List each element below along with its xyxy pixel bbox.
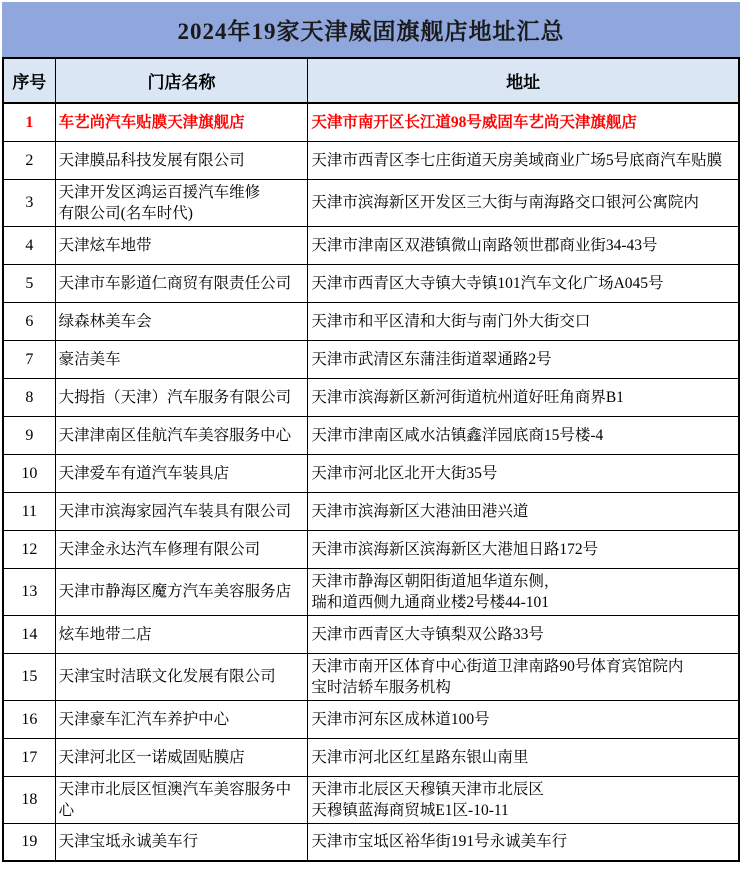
- address-cell: 天津市河东区成林道100号: [308, 700, 739, 738]
- row-number-cell: 6: [3, 302, 55, 340]
- address-cell: 天津市武清区东蒲洼街道翠通路2号: [308, 340, 739, 378]
- store-name-cell: 天津宝时洁联文化发展有限公司: [55, 653, 308, 700]
- sheet: 2024年19家天津威固旗舰店地址汇总 序号 门店名称 地址 1 车艺尚汽车贴膜…: [0, 0, 742, 864]
- store-name-cell: 炫车地带二店: [55, 615, 308, 653]
- row-number-cell: 7: [3, 340, 55, 378]
- address-cell: 天津市和平区清和大街与南门外大街交口: [308, 302, 739, 340]
- header-store-name: 门店名称: [55, 58, 308, 103]
- row-number-cell: 12: [3, 530, 55, 568]
- store-name-cell: 天津宝坻永诚美车行: [55, 823, 308, 861]
- table-row: 1 车艺尚汽车贴膜天津旗舰店 天津市南开区长江道98号威固车艺尚天津旗舰店: [3, 103, 739, 141]
- row-number-cell: 9: [3, 416, 55, 454]
- header-index: 序号: [3, 58, 55, 103]
- table-row: 4 天津炫车地带 天津市津南区双港镇微山南路领世郡商业街34-43号: [3, 226, 739, 264]
- address-cell: 天津市河北区红星路东银山南里: [308, 738, 739, 776]
- address-cell: 天津市静海区朝阳街道旭华道东侧， 瑞和道西侧九通商业楼2号楼44-101: [308, 568, 739, 615]
- table-row: 6 绿森林美车会 天津市和平区清和大街与南门外大街交口: [3, 302, 739, 340]
- store-name-cell: 天津金永达汽车修理有限公司: [55, 530, 308, 568]
- store-name-cell: 天津市车影道仁商贸有限责任公司: [55, 264, 308, 302]
- row-number-cell: 8: [3, 378, 55, 416]
- store-name-cell: 天津豪车汇汽车养护中心: [55, 700, 308, 738]
- store-name-cell: 天津开发区鸿运百援汽车维修 有限公司(名车时代): [55, 179, 308, 226]
- address-cell: 天津市南开区长江道98号威固车艺尚天津旗舰店: [308, 103, 739, 141]
- table-row: 13 天津市静海区魔方汽车美容服务店 天津市静海区朝阳街道旭华道东侧， 瑞和道西…: [3, 568, 739, 615]
- table-row: 2 天津膜品科技发展有限公司 天津市西青区李七庄街道天房美域商业广场5号底商汽车…: [3, 141, 739, 179]
- address-cell: 天津市滨海新区开发区三大街与南海路交口银河公寓院内: [308, 179, 739, 226]
- row-number-cell: 13: [3, 568, 55, 615]
- header-address: 地址: [308, 58, 739, 103]
- store-name-cell: 天津河北区一诺威固贴膜店: [55, 738, 308, 776]
- row-number-cell: 3: [3, 179, 55, 226]
- store-name-cell: 天津市静海区魔方汽车美容服务店: [55, 568, 308, 615]
- store-name-cell: 天津炫车地带: [55, 226, 308, 264]
- row-number-cell: 10: [3, 454, 55, 492]
- address-cell: 天津市西青区大寺镇梨双公路33号: [308, 615, 739, 653]
- row-number-cell: 2: [3, 141, 55, 179]
- table-row: 8 大拇指（天津）汽车服务有限公司 天津市滨海新区新河街道杭州道好旺角商界B1: [3, 378, 739, 416]
- table-row: 3 天津开发区鸿运百援汽车维修 有限公司(名车时代) 天津市滨海新区开发区三大街…: [3, 179, 739, 226]
- address-cell: 天津市南开区体育中心街道卫津南路90号体育宾馆院内 宝时洁轿车服务机构: [308, 653, 739, 700]
- store-name-cell: 豪洁美车: [55, 340, 308, 378]
- row-number-cell: 18: [3, 776, 55, 823]
- store-name-cell: 天津市北辰区恒澳汽车美容服务中心: [55, 776, 308, 823]
- row-number-cell: 14: [3, 615, 55, 653]
- address-cell: 天津市宝坻区裕华街191号永诚美车行: [308, 823, 739, 861]
- store-name-cell: 天津津南区佳航汽车美容服务中心: [55, 416, 308, 454]
- address-cell: 天津市津南区双港镇微山南路领世郡商业街34-43号: [308, 226, 739, 264]
- row-number-cell: 11: [3, 492, 55, 530]
- table-row: 7 豪洁美车 天津市武清区东蒲洼街道翠通路2号: [3, 340, 739, 378]
- table-row: 14 炫车地带二店 天津市西青区大寺镇梨双公路33号: [3, 615, 739, 653]
- address-cell: 天津市北辰区天穆镇天津市北辰区 天穆镇蓝海商贸城E1区-10-11: [308, 776, 739, 823]
- table-row: 12 天津金永达汽车修理有限公司 天津市滨海新区滨海新区大港旭日路172号: [3, 530, 739, 568]
- table-row: 16 天津豪车汇汽车养护中心 天津市河东区成林道100号: [3, 700, 739, 738]
- address-cell: 天津市滨海新区新河街道杭州道好旺角商界B1: [308, 378, 739, 416]
- address-cell: 天津市河北区北开大街35号: [308, 454, 739, 492]
- table-row: 19 天津宝坻永诚美车行 天津市宝坻区裕华街191号永诚美车行: [3, 823, 739, 861]
- row-number-cell: 17: [3, 738, 55, 776]
- table-row: 5 天津市车影道仁商贸有限责任公司 天津市西青区大寺镇大寺镇101汽车文化广场A…: [3, 264, 739, 302]
- table-row: 10 天津爱车有道汽车装具店 天津市河北区北开大街35号: [3, 454, 739, 492]
- store-name-cell: 车艺尚汽车贴膜天津旗舰店: [55, 103, 308, 141]
- row-number-cell: 19: [3, 823, 55, 861]
- store-name-cell: 大拇指（天津）汽车服务有限公司: [55, 378, 308, 416]
- row-number-cell: 16: [3, 700, 55, 738]
- row-number-cell: 5: [3, 264, 55, 302]
- store-name-cell: 天津市滨海家园汽车装具有限公司: [55, 492, 308, 530]
- address-cell: 天津市滨海新区滨海新区大港旭日路172号: [308, 530, 739, 568]
- address-cell: 天津市西青区李七庄街道天房美域商业广场5号底商汽车贴膜: [308, 141, 739, 179]
- row-number-cell: 1: [3, 103, 55, 141]
- store-name-cell: 天津爱车有道汽车装具店: [55, 454, 308, 492]
- table-row: 18 天津市北辰区恒澳汽车美容服务中心 天津市北辰区天穆镇天津市北辰区 天穆镇蓝…: [3, 776, 739, 823]
- store-address-table: 序号 门店名称 地址 1 车艺尚汽车贴膜天津旗舰店 天津市南开区长江道98号威固…: [2, 57, 740, 862]
- address-cell: 天津市西青区大寺镇大寺镇101汽车文化广场A045号: [308, 264, 739, 302]
- address-cell: 天津市滨海新区大港油田港兴道: [308, 492, 739, 530]
- table-row: 9 天津津南区佳航汽车美容服务中心 天津市津南区咸水沽镇鑫洋园底商15号楼-4: [3, 416, 739, 454]
- table-row: 15 天津宝时洁联文化发展有限公司 天津市南开区体育中心街道卫津南路90号体育宾…: [3, 653, 739, 700]
- table-row: 11 天津市滨海家园汽车装具有限公司 天津市滨海新区大港油田港兴道: [3, 492, 739, 530]
- store-name-cell: 绿森林美车会: [55, 302, 308, 340]
- page-title: 2024年19家天津威固旗舰店地址汇总: [2, 2, 740, 57]
- row-number-cell: 15: [3, 653, 55, 700]
- row-number-cell: 4: [3, 226, 55, 264]
- address-cell: 天津市津南区咸水沽镇鑫洋园底商15号楼-4: [308, 416, 739, 454]
- table-row: 17 天津河北区一诺威固贴膜店 天津市河北区红星路东银山南里: [3, 738, 739, 776]
- table-header-row: 序号 门店名称 地址: [3, 58, 739, 103]
- store-name-cell: 天津膜品科技发展有限公司: [55, 141, 308, 179]
